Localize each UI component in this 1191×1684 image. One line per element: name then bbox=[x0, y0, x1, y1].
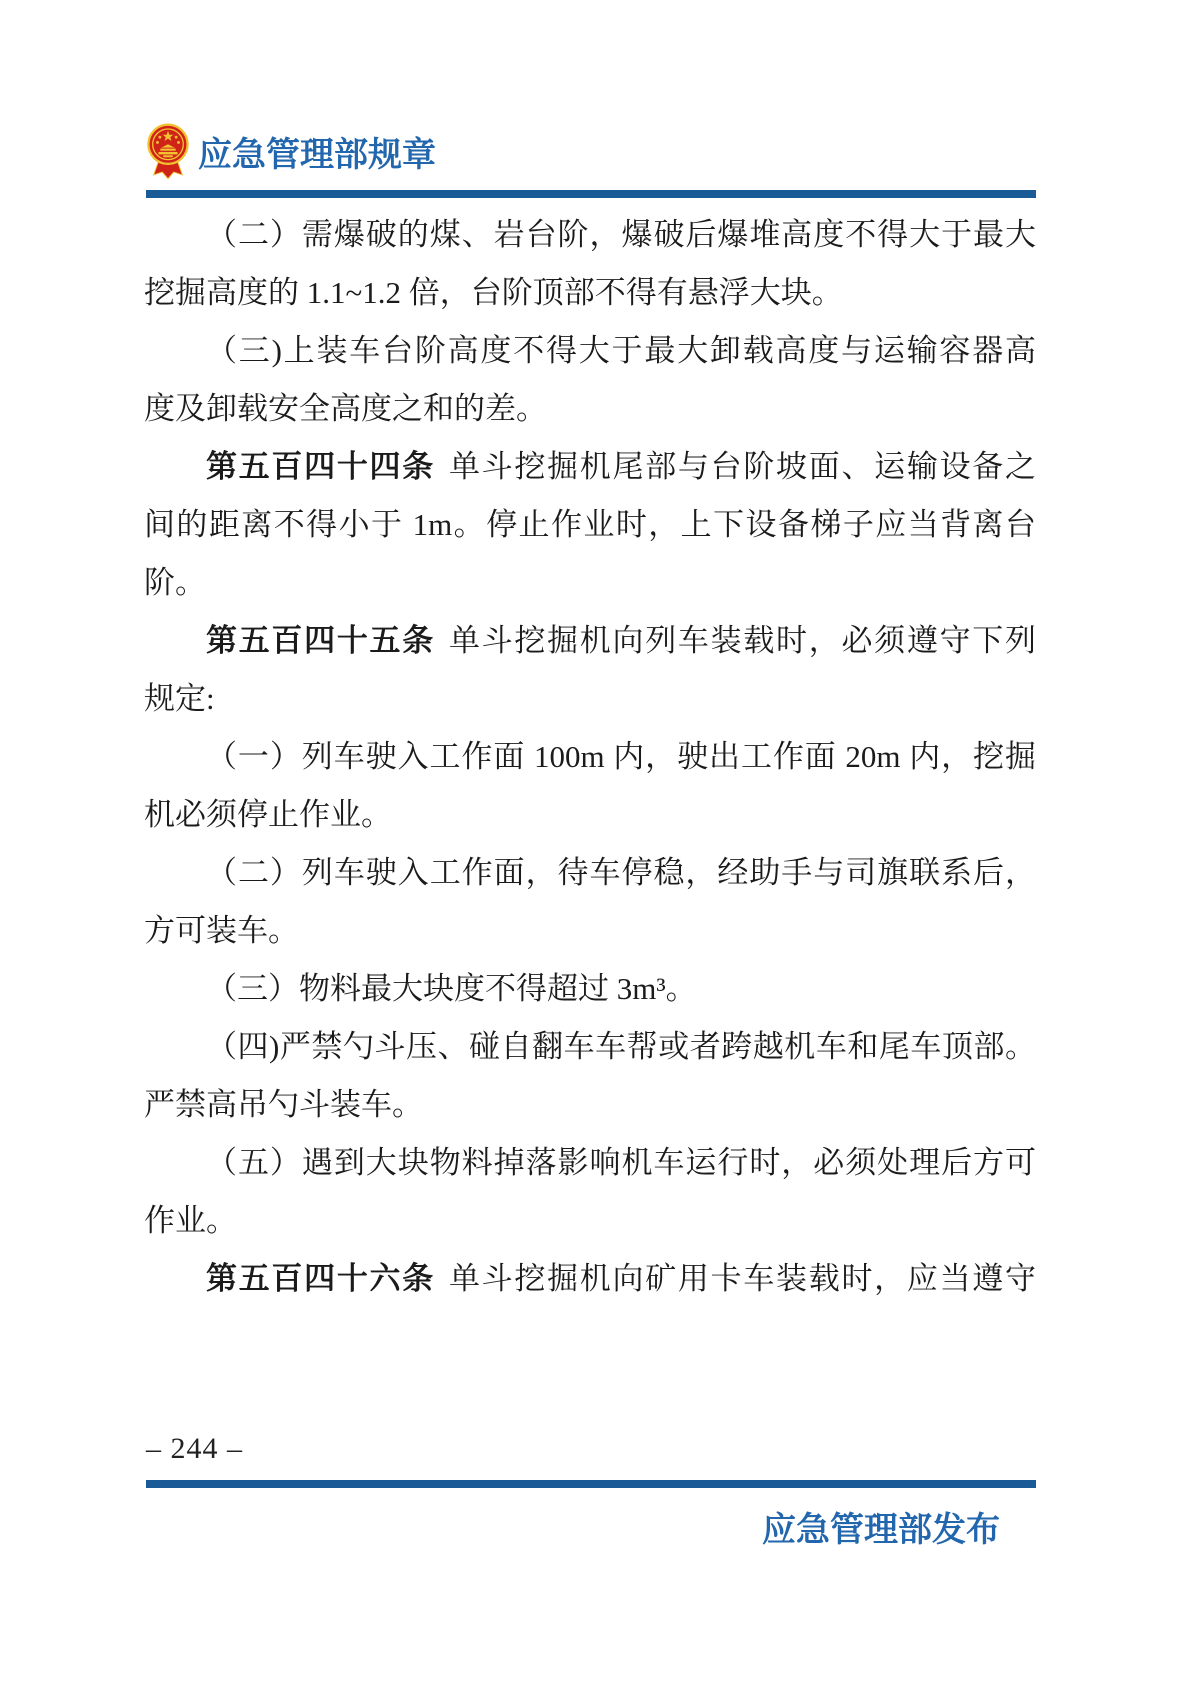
text-line: 挖掘高度的 1.1~1.2 倍，台阶顶部不得有悬浮大块。 bbox=[144, 264, 1036, 322]
document-body: （二）需爆破的煤、岩台阶，爆破后爆堆高度不得大于最大 挖掘高度的 1.1~1.2… bbox=[144, 206, 1036, 1308]
text-line: 第五百四十五条单斗挖掘机向列车装载时，必须遵守下列 bbox=[144, 612, 1036, 670]
article-number: 第五百四十五条 bbox=[206, 623, 435, 658]
text-line: （三)上装车台阶高度不得大于最大卸载高度与运输容器高 bbox=[144, 322, 1036, 380]
article-number: 第五百四十六条 bbox=[206, 1261, 435, 1296]
document-page: 应急管理部规章 （二）需爆破的煤、岩台阶，爆破后爆堆高度不得大于最大 挖掘高度的… bbox=[0, 0, 1191, 1684]
text-line: 作业。 bbox=[144, 1192, 1036, 1250]
footer-rule bbox=[146, 1480, 1036, 1488]
text-line: 度及卸载安全高度之和的差。 bbox=[144, 380, 1036, 438]
text-line: 第五百四十四条单斗挖掘机尾部与台阶坡面、运输设备之 bbox=[144, 438, 1036, 496]
text-line: 阶。 bbox=[144, 554, 1036, 612]
text-line: （四)严禁勺斗压、碰自翻车车帮或者跨越机车和尾车顶部。 bbox=[144, 1018, 1036, 1076]
text-line: （二）列车驶入工作面，待车停稳，经助手与司旗联系后， bbox=[144, 844, 1036, 902]
text-line: 方可装车。 bbox=[144, 902, 1036, 960]
text-line: （一）列车驶入工作面 100m 内，驶出工作面 20m 内，挖掘 bbox=[144, 728, 1036, 786]
text-line: 间的距离不得小于 1m。停止作业时，上下设备梯子应当背离台 bbox=[144, 496, 1036, 554]
header-title: 应急管理部规章 bbox=[198, 127, 436, 176]
text-line: 严禁高吊勺斗装车。 bbox=[144, 1076, 1036, 1134]
article-number: 第五百四十四条 bbox=[206, 449, 435, 484]
text-line: 规定: bbox=[144, 670, 1036, 728]
text-line: 第五百四十六条单斗挖掘机向矿用卡车装载时，应当遵守 bbox=[144, 1250, 1036, 1308]
page-number: – 244 – bbox=[146, 1432, 243, 1466]
publisher-label: 应急管理部发布 bbox=[762, 1502, 1000, 1551]
text-line: （五）遇到大块物料掉落影响机车运行时，必须处理后方可 bbox=[144, 1134, 1036, 1192]
header-rule bbox=[146, 190, 1036, 198]
text-line: 机必须停止作业。 bbox=[144, 786, 1036, 844]
national-emblem-icon bbox=[146, 123, 190, 179]
page-header: 应急管理部规章 bbox=[146, 122, 436, 180]
text-line: （三）物料最大块度不得超过 3m³。 bbox=[144, 960, 1036, 1018]
text-line: （二）需爆破的煤、岩台阶，爆破后爆堆高度不得大于最大 bbox=[144, 206, 1036, 264]
